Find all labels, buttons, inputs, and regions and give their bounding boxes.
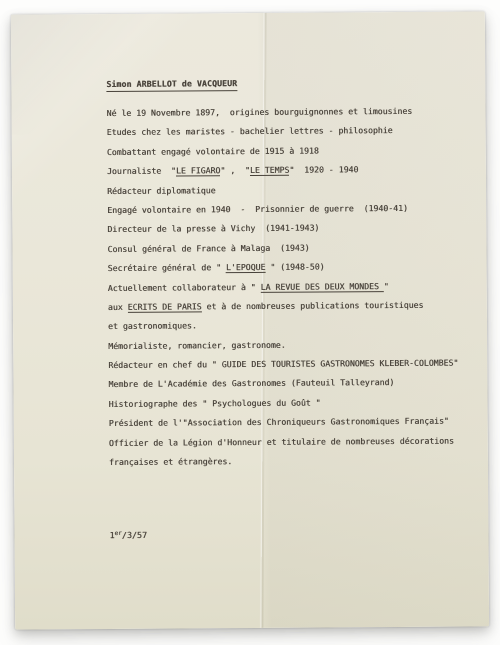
underlined-text-segment: L'EPOQUE	[226, 262, 266, 273]
document-footer-reference: 1er/3/57	[109, 530, 147, 540]
text-line: aux ECRITS DE PARIS et à de nombreuses p…	[108, 295, 479, 317]
underlined-text-segment: LE TEMPS	[250, 165, 290, 176]
text-line: françaises et étrangères.	[109, 450, 480, 472]
text-segment: Rédacteur diplomatique	[107, 185, 216, 196]
text-line: Né le 19 Novembre 1897, origines bourgui…	[106, 101, 477, 123]
text-line: Historiographe des " Psychologues du Goû…	[109, 392, 480, 414]
text-segment: Secrétaire général de "	[108, 262, 226, 273]
text-line: Rédacteur diplomatique	[107, 179, 478, 201]
document-content: Simon ARBELLOT de VACQUEUR Né le 19 Nove…	[106, 75, 480, 472]
document-lines: Né le 19 Novembre 1897, origines bourgui…	[106, 101, 480, 472]
text-segment: Combattant engagé volontaire de 1915 à 1…	[107, 145, 319, 156]
text-line: Secrétaire général de " L'EPOQUE " (1948…	[108, 257, 479, 279]
document-title: Simon ARBELLOT de VACQUEUR	[106, 75, 477, 90]
text-segment: françaises et étrangères.	[109, 456, 232, 467]
text-segment: " 1920 - 1940	[289, 164, 358, 174]
text-segment: Officier de la Légion d'Honneur et titul…	[109, 435, 454, 447]
text-line: Membre de L'Académie des Gastronomes (Fa…	[108, 373, 479, 395]
text-segment: Etudes chez les maristes - bachelier let…	[107, 125, 393, 137]
text-segment: Mémorialiste, romancier, gastronome.	[108, 339, 286, 350]
text-segment: aux	[108, 302, 128, 312]
document-title-text: Simon ARBELLOT de VACQUEUR	[106, 78, 237, 91]
text-line: Engagé volontaire en 1940 - Prisonnier d…	[107, 198, 478, 220]
text-segment: Né le 19 Novembre 1897, origines bourgui…	[107, 106, 413, 118]
text-segment: Journaliste "	[107, 166, 176, 176]
text-segment: "	[384, 281, 389, 291]
text-segment: et gastronomiques.	[108, 321, 197, 332]
text-line: Consul général de France à Malaga (1943)	[107, 237, 478, 259]
underlined-text-segment: LA REVUE DES DEUX MONDES	[261, 281, 384, 293]
text-line: Journaliste "LE FIGARO" , "LE TEMPS" 192…	[107, 160, 478, 182]
text-segment: Membre de L'Académie des Gastronomes (Fa…	[108, 377, 394, 389]
scanned-document-page: { "paper": { "background_color": "#e9e6d…	[0, 0, 500, 645]
text-line: Actuellement collaborateur à " LA REVUE …	[108, 276, 479, 298]
text-segment: Historiographe des " Psychologues du Goû…	[109, 397, 321, 408]
text-line: et gastronomiques.	[108, 315, 479, 337]
text-line: Etudes chez les maristes - bachelier let…	[107, 121, 478, 143]
text-segment: Rédacteur en chef du " GUIDE DES TOURIST…	[108, 358, 458, 370]
text-line: Directeur de la presse à Vichy (1941-194…	[107, 218, 478, 240]
text-line: Officier de la Légion d'Honneur et titul…	[109, 431, 480, 453]
text-line: Mémorialiste, romancier, gastronome.	[108, 334, 479, 356]
underlined-text-segment: LE FIGARO	[176, 165, 220, 176]
text-line: Rédacteur en chef du " GUIDE DES TOURIST…	[108, 353, 479, 375]
underlined-text-segment: ECRITS DE PARIS	[128, 301, 202, 313]
footer-date-suffix: /3/57	[122, 530, 147, 540]
text-segment: Président de l'"Association des Chroniqu…	[109, 416, 449, 428]
text-segment: Actuellement collaborateur à "	[108, 281, 261, 292]
text-line: Président de l'"Association des Chroniqu…	[109, 412, 480, 434]
text-segment: " , "	[220, 165, 250, 175]
paper-sheet: Simon ARBELLOT de VACQUEUR Né le 19 Nove…	[11, 11, 489, 629]
text-segment: Consul général de France à Malaga (1943)	[107, 242, 309, 253]
text-segment: Directeur de la presse à Vichy (1941-194…	[107, 223, 319, 234]
text-segment: Engagé volontaire en 1940 - Prisonnier d…	[107, 203, 408, 215]
text-segment: et à de nombreuses publications touristi…	[202, 300, 424, 312]
text-line: Combattant engagé volontaire de 1915 à 1…	[107, 140, 478, 162]
text-segment: " (1948-50)	[265, 262, 324, 272]
